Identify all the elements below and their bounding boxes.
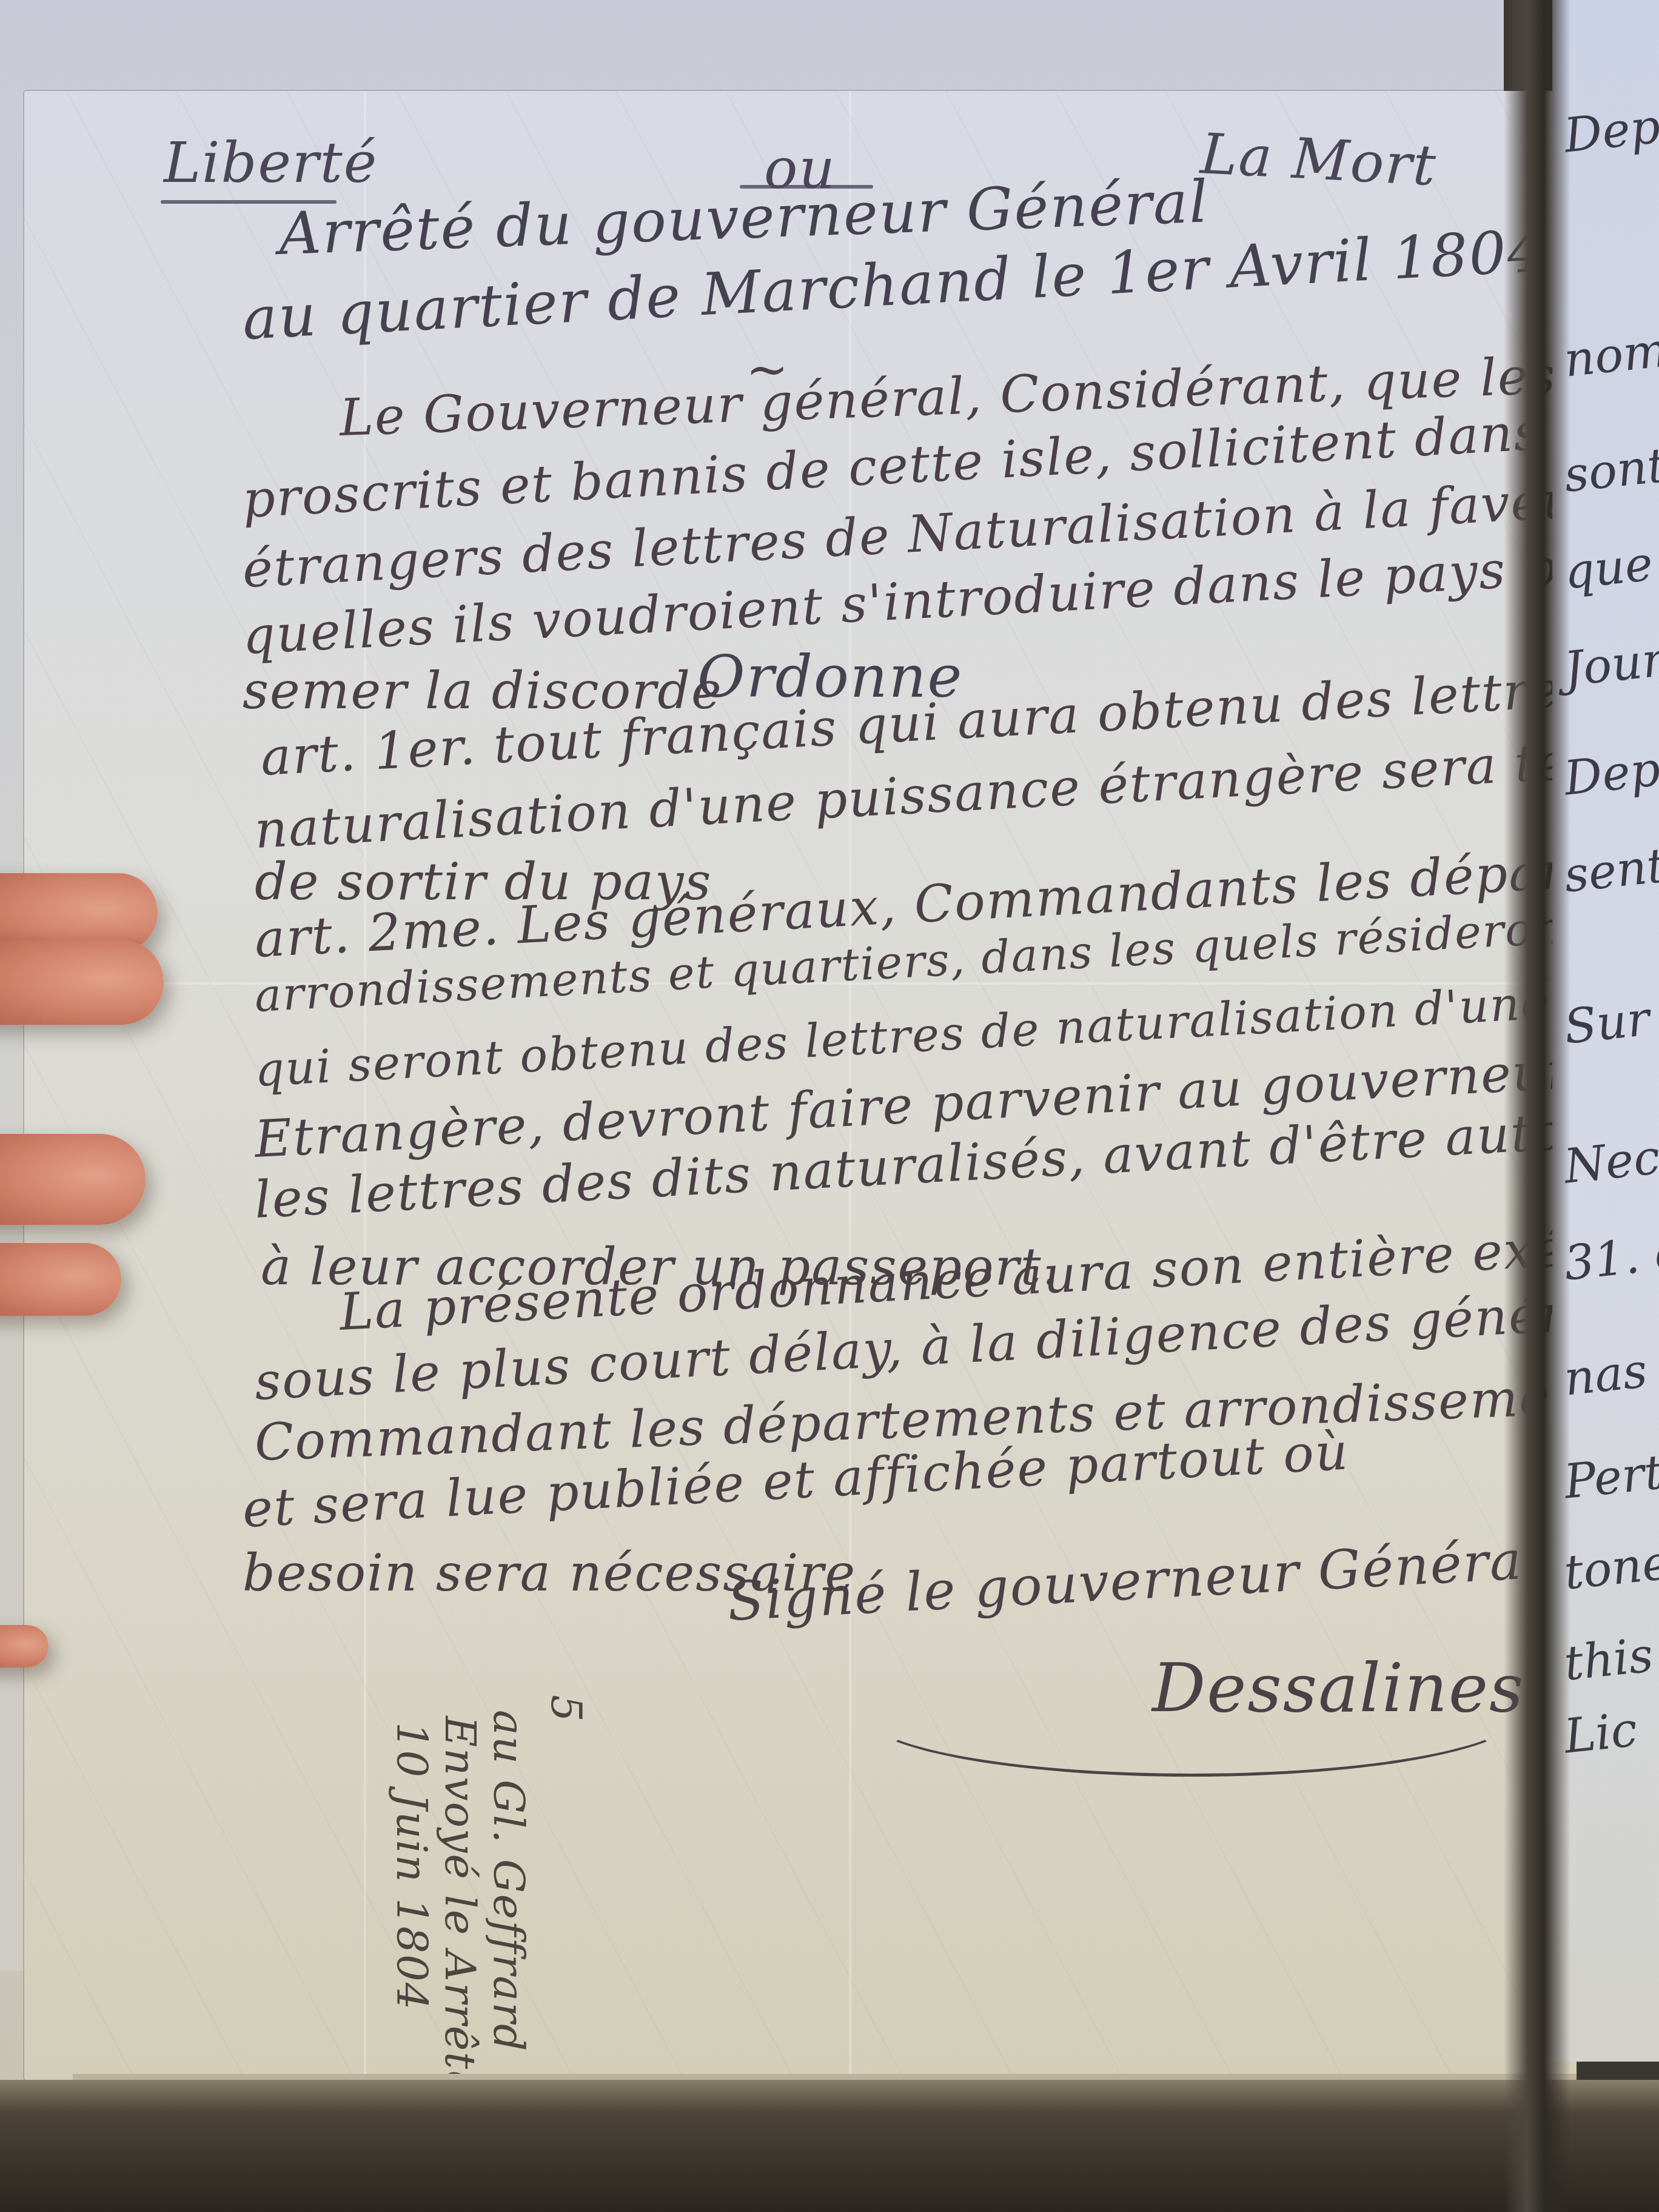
margin-note-line-2: Envoyé le Arrêté [435,1716,485,2097]
adjacent-fragment: tone [1561,1535,1659,1601]
finger [0,1243,121,1316]
adjacent-fragment: Nec [1561,1130,1659,1195]
book-bottom-edge [0,2080,1659,2212]
finger [0,1134,146,1225]
finger [0,1625,49,1667]
adjacent-fragment: Jour [1561,632,1659,697]
adjacent-fragment: que t [1561,533,1659,600]
adjacent-fragment: Lic [1561,1703,1640,1765]
adjacent-fragment: nas [1561,1344,1649,1407]
adjacent-fragment: Depu [1561,739,1659,806]
margin-note-number: 5 [541,1695,591,1723]
margin-note-line-1: au Gl. Geffrard [484,1710,534,2053]
adjacent-fragment: Pert [1561,1445,1659,1510]
adjacent-fragment: nom [1561,323,1659,387]
header-liberte: Liberté [164,130,378,195]
header-la-mort: La Mort [1199,121,1438,198]
margin-note-line-3: 10 Juin 1804 [387,1722,437,2011]
adjacent-fragment: Sur [1561,992,1652,1055]
adjacent-fragment: sent [1561,839,1659,903]
signature-flourish [861,1649,1522,1777]
book-binding-gutter [1504,0,1570,2212]
finger [0,940,164,1025]
adjacent-fragment: sont [1561,438,1659,503]
adjacent-fragment: this [1561,1628,1655,1692]
adjacent-fragment: 31. of [1561,1223,1659,1292]
adjacent-fragment: Dep [1561,99,1659,164]
